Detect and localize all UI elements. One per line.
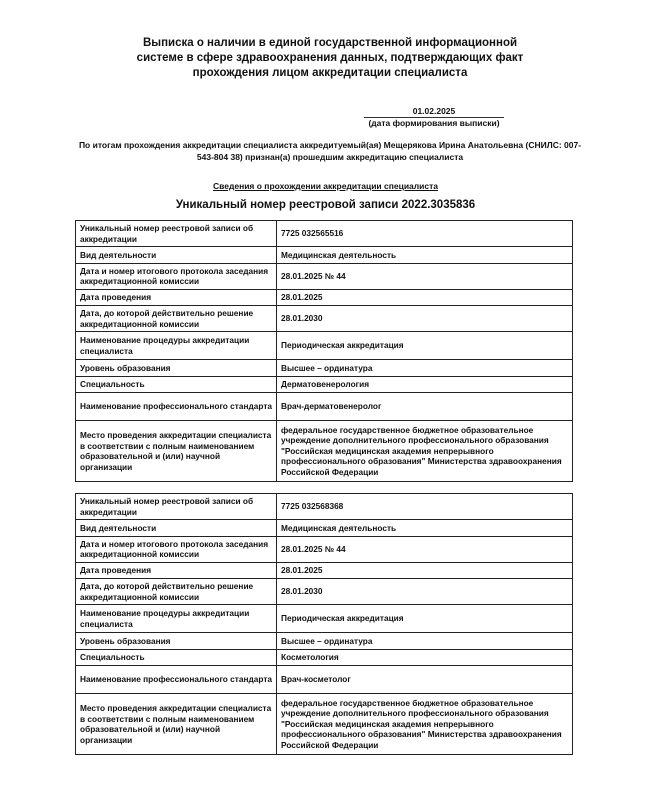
table-row: Уникальный номер реестровой записи об ак…	[76, 221, 573, 247]
table-row: Вид деятельностиМедицинская деятельность	[76, 520, 573, 537]
table-row: Дата проведения28.01.2025	[76, 289, 573, 306]
accreditation-table-2: Уникальный номер реестровой записи об ак…	[75, 493, 573, 755]
row-value: 28.01.2025	[277, 289, 573, 306]
extract-date-caption: (дата формирования выписки)	[364, 118, 504, 129]
row-value: 28.01.2025 № 44	[277, 263, 573, 289]
row-value: 7725 032568368	[277, 494, 573, 520]
row-value: Косметология	[277, 649, 573, 666]
table-row: Место проведения аккредитации специалист…	[76, 694, 573, 755]
row-value: 28.01.2025 № 44	[277, 536, 573, 562]
extract-date: 01.02.2025	[364, 106, 504, 118]
section-title: Сведения о прохождении аккредитации спец…	[0, 181, 651, 191]
document-title: Выписка о наличии в единой государственн…	[130, 36, 530, 81]
row-label: Уровень образования	[76, 633, 277, 650]
table-row: Дата, до которой действительно решение а…	[76, 306, 573, 332]
row-value: 7725 032565516	[277, 221, 573, 247]
table-row: Наименование процедуры аккредитации спец…	[76, 332, 573, 360]
row-value: Медицинская деятельность	[277, 247, 573, 264]
row-value: Высшее – ординатура	[277, 633, 573, 650]
row-value: 28.01.2030	[277, 306, 573, 332]
accreditation-table-1: Уникальный номер реестровой записи об ак…	[75, 220, 573, 482]
table-row: Дата, до которой действительно решение а…	[76, 579, 573, 605]
row-label: Дата, до которой действительно решение а…	[76, 306, 277, 332]
row-value: федеральное государственное бюджетное об…	[277, 694, 573, 755]
row-label: Дата и номер итогового протокола заседан…	[76, 263, 277, 289]
table-row: Уровень образованияВысшее – ординатура	[76, 633, 573, 650]
table-row: Дата и номер итогового протокола заседан…	[76, 536, 573, 562]
row-label: Вид деятельности	[76, 520, 277, 537]
row-value: Врач-дерматовенеролог	[277, 393, 573, 421]
row-label: Дата и номер итогового протокола заседан…	[76, 536, 277, 562]
row-value: 28.01.2030	[277, 579, 573, 605]
row-label: Дата, до которой действительно решение а…	[76, 579, 277, 605]
table-row: Уровень образованияВысшее – ординатура	[76, 360, 573, 377]
row-value: федеральное государственное бюджетное об…	[277, 421, 573, 482]
row-label: Наименование профессионального стандарта	[76, 666, 277, 694]
table-row: Наименование профессионального стандарта…	[76, 393, 573, 421]
row-label: Уровень образования	[76, 360, 277, 377]
table-row: Вид деятельностиМедицинская деятельность	[76, 247, 573, 264]
row-label: Место проведения аккредитации специалист…	[76, 694, 277, 755]
row-label: Наименование процедуры аккредитации спец…	[76, 605, 277, 633]
row-label: Наименование процедуры аккредитации спец…	[76, 332, 277, 360]
intro-paragraph: По итогам прохождения аккредитации специ…	[72, 139, 588, 163]
row-value: Высшее – ординатура	[277, 360, 573, 377]
table-row: Дата проведения28.01.2025	[76, 562, 573, 579]
table-row: Уникальный номер реестровой записи об ак…	[76, 494, 573, 520]
row-label: Место проведения аккредитации специалист…	[76, 421, 277, 482]
table-row: Дата и номер итогового протокола заседан…	[76, 263, 573, 289]
row-value: 28.01.2025	[277, 562, 573, 579]
row-label: Дата проведения	[76, 562, 277, 579]
row-label: Уникальный номер реестровой записи об ак…	[76, 221, 277, 247]
row-value: Дерматовенерология	[277, 376, 573, 393]
table-row: Место проведения аккредитации специалист…	[76, 421, 573, 482]
row-value: Периодическая аккредитация	[277, 332, 573, 360]
row-value: Периодическая аккредитация	[277, 605, 573, 633]
table-row: Наименование процедуры аккредитации спец…	[76, 605, 573, 633]
row-label: Дата проведения	[76, 289, 277, 306]
row-label: Специальность	[76, 649, 277, 666]
row-label: Уникальный номер реестровой записи об ак…	[76, 494, 277, 520]
table-row: Наименование профессионального стандарта…	[76, 666, 573, 694]
table-row: СпециальностьКосметология	[76, 649, 573, 666]
extract-date-block: 01.02.2025 (дата формирования выписки)	[364, 106, 504, 129]
registry-number: Уникальный номер реестровой записи 2022.…	[0, 199, 651, 211]
row-label: Наименование профессионального стандарта	[76, 393, 277, 421]
row-value: Врач-косметолог	[277, 666, 573, 694]
row-label: Вид деятельности	[76, 247, 277, 264]
table-row: СпециальностьДерматовенерология	[76, 376, 573, 393]
row-label: Специальность	[76, 376, 277, 393]
row-value: Медицинская деятельность	[277, 520, 573, 537]
